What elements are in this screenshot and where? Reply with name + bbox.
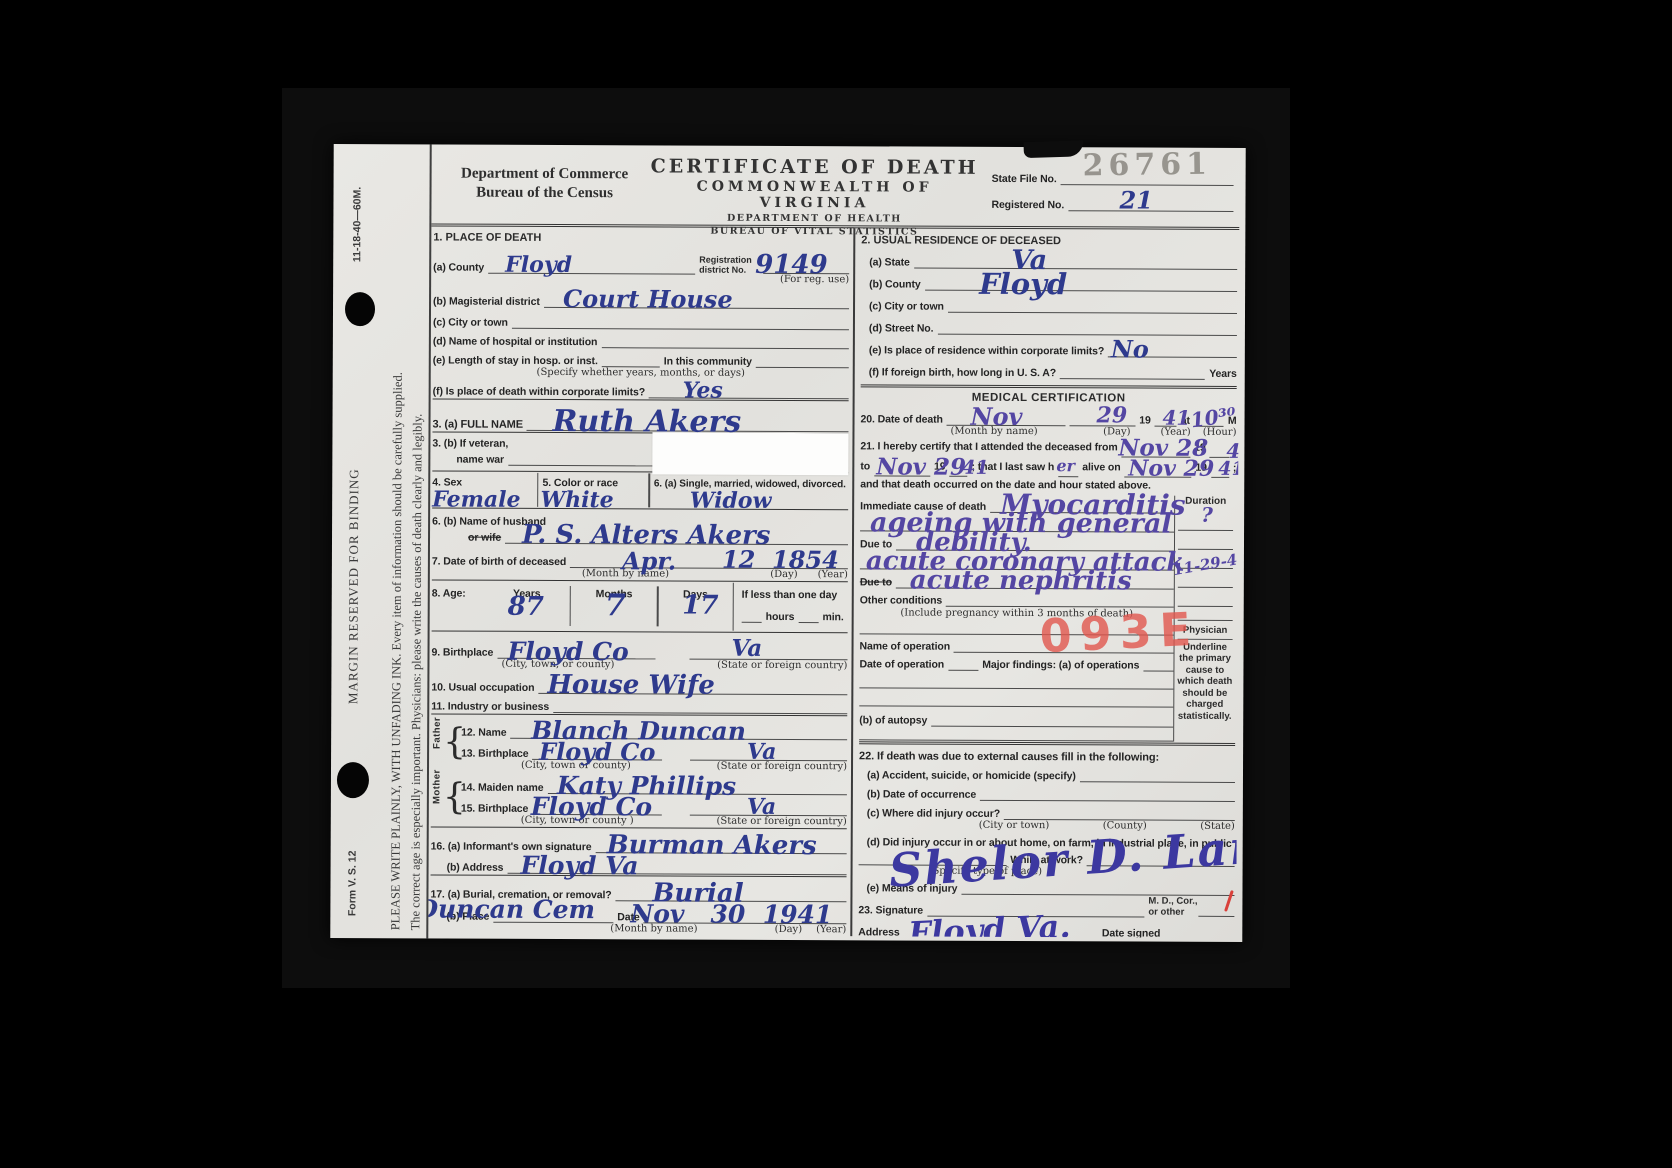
- burial-day-note: (Day): [775, 924, 802, 935]
- race-label: 5. Color or race: [543, 477, 618, 489]
- mother-bp-note-1: (City, town or county ): [521, 815, 634, 826]
- punch-hole-top: [345, 292, 375, 326]
- attended-pre: 21. I hereby certify that I attended the…: [860, 437, 1117, 457]
- or-wife-label: or wife: [468, 532, 501, 544]
- punch-hole-bottom: [337, 762, 369, 798]
- age-months-label: Months: [596, 588, 633, 600]
- sex-label: 4. Sex: [432, 476, 462, 488]
- reg-use-note: (For reg. use): [780, 274, 849, 285]
- veteran-label-2: name war: [456, 454, 504, 466]
- dob-year-note: (Year): [818, 569, 848, 580]
- place-type-note: (Specify type of place): [929, 866, 1043, 877]
- md-cor-label: M. D., Cor.,: [1148, 896, 1197, 907]
- age-label: 8. Age:: [432, 587, 466, 599]
- print-code: 11-18-40—60M.: [351, 187, 363, 262]
- dod-month-note: (Month by name): [950, 426, 1037, 437]
- reg-district-label-1: Registration: [699, 255, 752, 265]
- red-code-stamp: 093E: [1038, 602, 1200, 664]
- duration-question-mark: ?: [1201, 506, 1213, 524]
- dod-19: 19: [1139, 415, 1151, 427]
- registered-label: Registered No.: [991, 199, 1064, 211]
- state-file-number-stamp: 26761: [1082, 148, 1212, 183]
- while-at-work-label: While at work?: [1010, 854, 1083, 866]
- death-certificate-paper: 11-18-40—60M. MARGIN RESERVED FOR BINDIN…: [330, 144, 1245, 942]
- burial-year-note: (Year): [816, 924, 846, 935]
- burial-month-note: (Month by name): [610, 923, 697, 934]
- or-other-label: or other: [1148, 907, 1184, 918]
- dod-day-note: (Day): [1103, 426, 1130, 437]
- other-conditions-label: Other conditions: [860, 594, 942, 606]
- immediate-cause-label: Immediate cause of death: [860, 500, 986, 513]
- birthplace-label: 9. Birthplace: [431, 646, 493, 658]
- injury-where-label: (c) Where did injury occur?: [867, 807, 1000, 820]
- form-header: Department of Commerce Bureau of the Cen…: [431, 148, 1239, 230]
- operations-block: 093E Name of operation Date of operation…: [859, 618, 1236, 742]
- agency-line-2: Bureau of the Census: [439, 183, 649, 203]
- attended-alive: alive on: [1082, 458, 1120, 477]
- issuing-agency: Department of Commerce Bureau of the Cen…: [431, 148, 649, 224]
- veteran-label-1: 3. (b) If veteran,: [432, 437, 508, 449]
- signature-address-label: Address: [858, 926, 899, 938]
- burial-place-label: (b) Place: [446, 911, 489, 923]
- magisterial-district-label: (b) Magisterial district: [433, 295, 540, 307]
- dob-month-note: (Month by name): [582, 568, 669, 579]
- file-numbers: 26761 State File No. Registered No. 21: [979, 151, 1239, 227]
- section1-title: 1. PLACE OF DEATH: [433, 231, 541, 243]
- redaction-box: [652, 432, 848, 475]
- injury-county-note: (County): [1103, 820, 1147, 831]
- residence-corp-label: (e) Is place of residence within corpora…: [869, 344, 1104, 357]
- section2-title: 2. USUAL RESIDENCE OF DECEASED: [861, 234, 1061, 247]
- binding-margin: 11-18-40—60M. MARGIN RESERVED FOR BINDIN…: [330, 144, 429, 938]
- birthplace-state-value: Va: [731, 639, 762, 660]
- occupation-label: 10. Usual occupation: [431, 681, 534, 693]
- autopsy-label: (b) of autopsy: [859, 714, 927, 726]
- age-days-label: Days: [683, 589, 708, 601]
- burial-label: 17. (a) Burial, cremation, or removal?: [430, 888, 611, 901]
- left-column: 1. PLACE OF DEATH (a) County Registratio…: [428, 226, 855, 936]
- dod-at: at: [1181, 415, 1190, 427]
- dod-hour-note: (Hour): [1203, 427, 1237, 438]
- father-birthplace-label: 13. Birthplace: [461, 748, 529, 760]
- certificate-subtitle: COMMONWEALTH OF VIRGINIA: [649, 178, 979, 211]
- informant-label: 16. (a) Informant's own signature: [431, 840, 592, 853]
- scan-stage: 11-18-40—60M. MARGIN RESERVED FOR BINDIN…: [0, 0, 1672, 1168]
- due-to-1-label: Due to: [860, 538, 892, 550]
- attended-to-label: to: [860, 457, 870, 476]
- father-label: Father: [432, 737, 443, 749]
- form-area: Department of Commerce Bureau of the Cen…: [428, 148, 1239, 938]
- reg-district-label-2: district No.: [699, 265, 746, 275]
- causes-block: Immediate cause of death Myocarditis age…: [860, 494, 1237, 620]
- agency-line-1: Department of Commerce: [440, 164, 650, 184]
- min-label: min.: [822, 611, 843, 623]
- registered-number-handwritten: 21: [1119, 190, 1153, 212]
- mother-label: Mother: [431, 792, 442, 804]
- mother-bp-note-2: (State or foreign country): [716, 816, 846, 828]
- birthplace-note-2: (State or foreign country): [717, 660, 847, 672]
- signature-block: Shelor D. Lang 23. Signature M. D., Cor.…: [858, 894, 1234, 938]
- attended-end: and that death occurred on the date and …: [860, 475, 1151, 495]
- foreign-birth-label: (f) If foreign birth, how long in U. S. …: [869, 366, 1056, 379]
- in-community-label: In this community: [664, 355, 752, 367]
- father-bp-note-1: (City, town or county): [521, 760, 631, 771]
- margin-instruction-1: PLEASE WRITE PLAINLY, WITH UNFADING INK.…: [388, 372, 405, 930]
- father-name-label: 12. Name: [461, 727, 506, 739]
- mother-name-label: 14. Maiden name: [461, 782, 544, 794]
- residence-state-label: (a) State: [869, 256, 910, 268]
- dob-day-note: (Day): [770, 569, 797, 580]
- duration-coronary-value: 11-29-41: [1172, 552, 1239, 578]
- years-suffix: Years: [1209, 368, 1237, 380]
- medical-certification-title: MEDICAL CERTIFICATION: [861, 388, 1237, 405]
- operation-date-label: Date of operation: [859, 658, 944, 670]
- spouse-label: 6. (b) Name of husband: [432, 515, 546, 527]
- date-of-death-label: 20. Date of death: [861, 413, 943, 425]
- age-years-label: Years: [513, 588, 541, 600]
- full-name-label: 3. (a) FULL NAME: [432, 418, 523, 430]
- hours-label: hours: [766, 611, 795, 623]
- hospital-label: (d) Name of hospital or institution: [433, 335, 598, 348]
- injury-state-note: (State): [1200, 821, 1235, 832]
- industry-label: 11. Industry or business: [431, 700, 549, 713]
- county-label: (a) County: [433, 261, 484, 273]
- dod-year-note: (Year): [1160, 427, 1190, 438]
- funeral-sig-label-1: Signature of: [456, 936, 516, 937]
- certificate-title: CERTIFICATE OF DEATH: [650, 155, 980, 178]
- city-town-label: (c) City or town: [433, 316, 508, 328]
- less-than-day-label: If less than one day: [742, 589, 844, 601]
- right-column: 2. USUAL RESIDENCE OF DECEASED (a) State…: [852, 228, 1239, 938]
- residence-street-label: (d) Street No.: [869, 322, 934, 334]
- duration-label: Duration: [1178, 496, 1233, 507]
- marital-label: 6. (a) Single, married, widowed, divorce…: [654, 478, 846, 490]
- mother-birthplace-label: 15. Birthplace: [461, 803, 529, 815]
- injury-city-note: (City or town): [979, 820, 1050, 831]
- accident-label: (a) Accident, suicide, or homicide (spec…: [867, 769, 1076, 782]
- operation-name-label: Name of operation: [860, 640, 951, 652]
- signature-label: 23. Signature: [858, 904, 923, 916]
- date-signed-label: Date signed: [1102, 927, 1160, 938]
- state-file-label: State File No.: [992, 173, 1057, 185]
- father-bp-note-2: (State or foreign country): [717, 761, 847, 773]
- form-number: Form V. S. 12: [346, 851, 358, 917]
- attended-mid: ; that I last saw h: [971, 458, 1054, 477]
- means-of-injury-label: (e) Means of injury: [866, 882, 957, 894]
- corporate-limits-label: (f) Is place of death within corporate l…: [433, 385, 645, 398]
- residence-city-label: (c) City or town: [869, 300, 944, 312]
- residence-county-label: (b) County: [869, 278, 921, 290]
- burial-date-label: Date: [617, 911, 639, 923]
- informant-address-label: (b) Address: [447, 862, 504, 874]
- margin-binding-note: MARGIN RESERVED FOR BINDING: [345, 468, 362, 704]
- dept-of-health: DEPARTMENT OF HEALTH: [649, 212, 979, 224]
- dod-m: M: [1228, 415, 1237, 427]
- attended-statement: 21. I hereby certify that I attended the…: [860, 436, 1236, 496]
- margin-instruction-2: The correct age is especially important.…: [408, 414, 425, 931]
- length-of-stay-label: (e) Length of stay in hosp. or inst.: [433, 354, 598, 367]
- last-saw-her: er: [1056, 459, 1075, 473]
- certificate-title-block: CERTIFICATE OF DEATH COMMONWEALTH OF VIR…: [649, 149, 979, 225]
- stay-note: (Specify whether years, months, or days): [537, 367, 745, 379]
- birthplace-note-1: (City, town, or county): [501, 659, 614, 670]
- occurrence-date-label: (b) Date of occurrence: [867, 788, 976, 800]
- dob-label: 7. Date of birth of deceased: [432, 555, 566, 568]
- due-to-2-label: Due to: [860, 576, 892, 588]
